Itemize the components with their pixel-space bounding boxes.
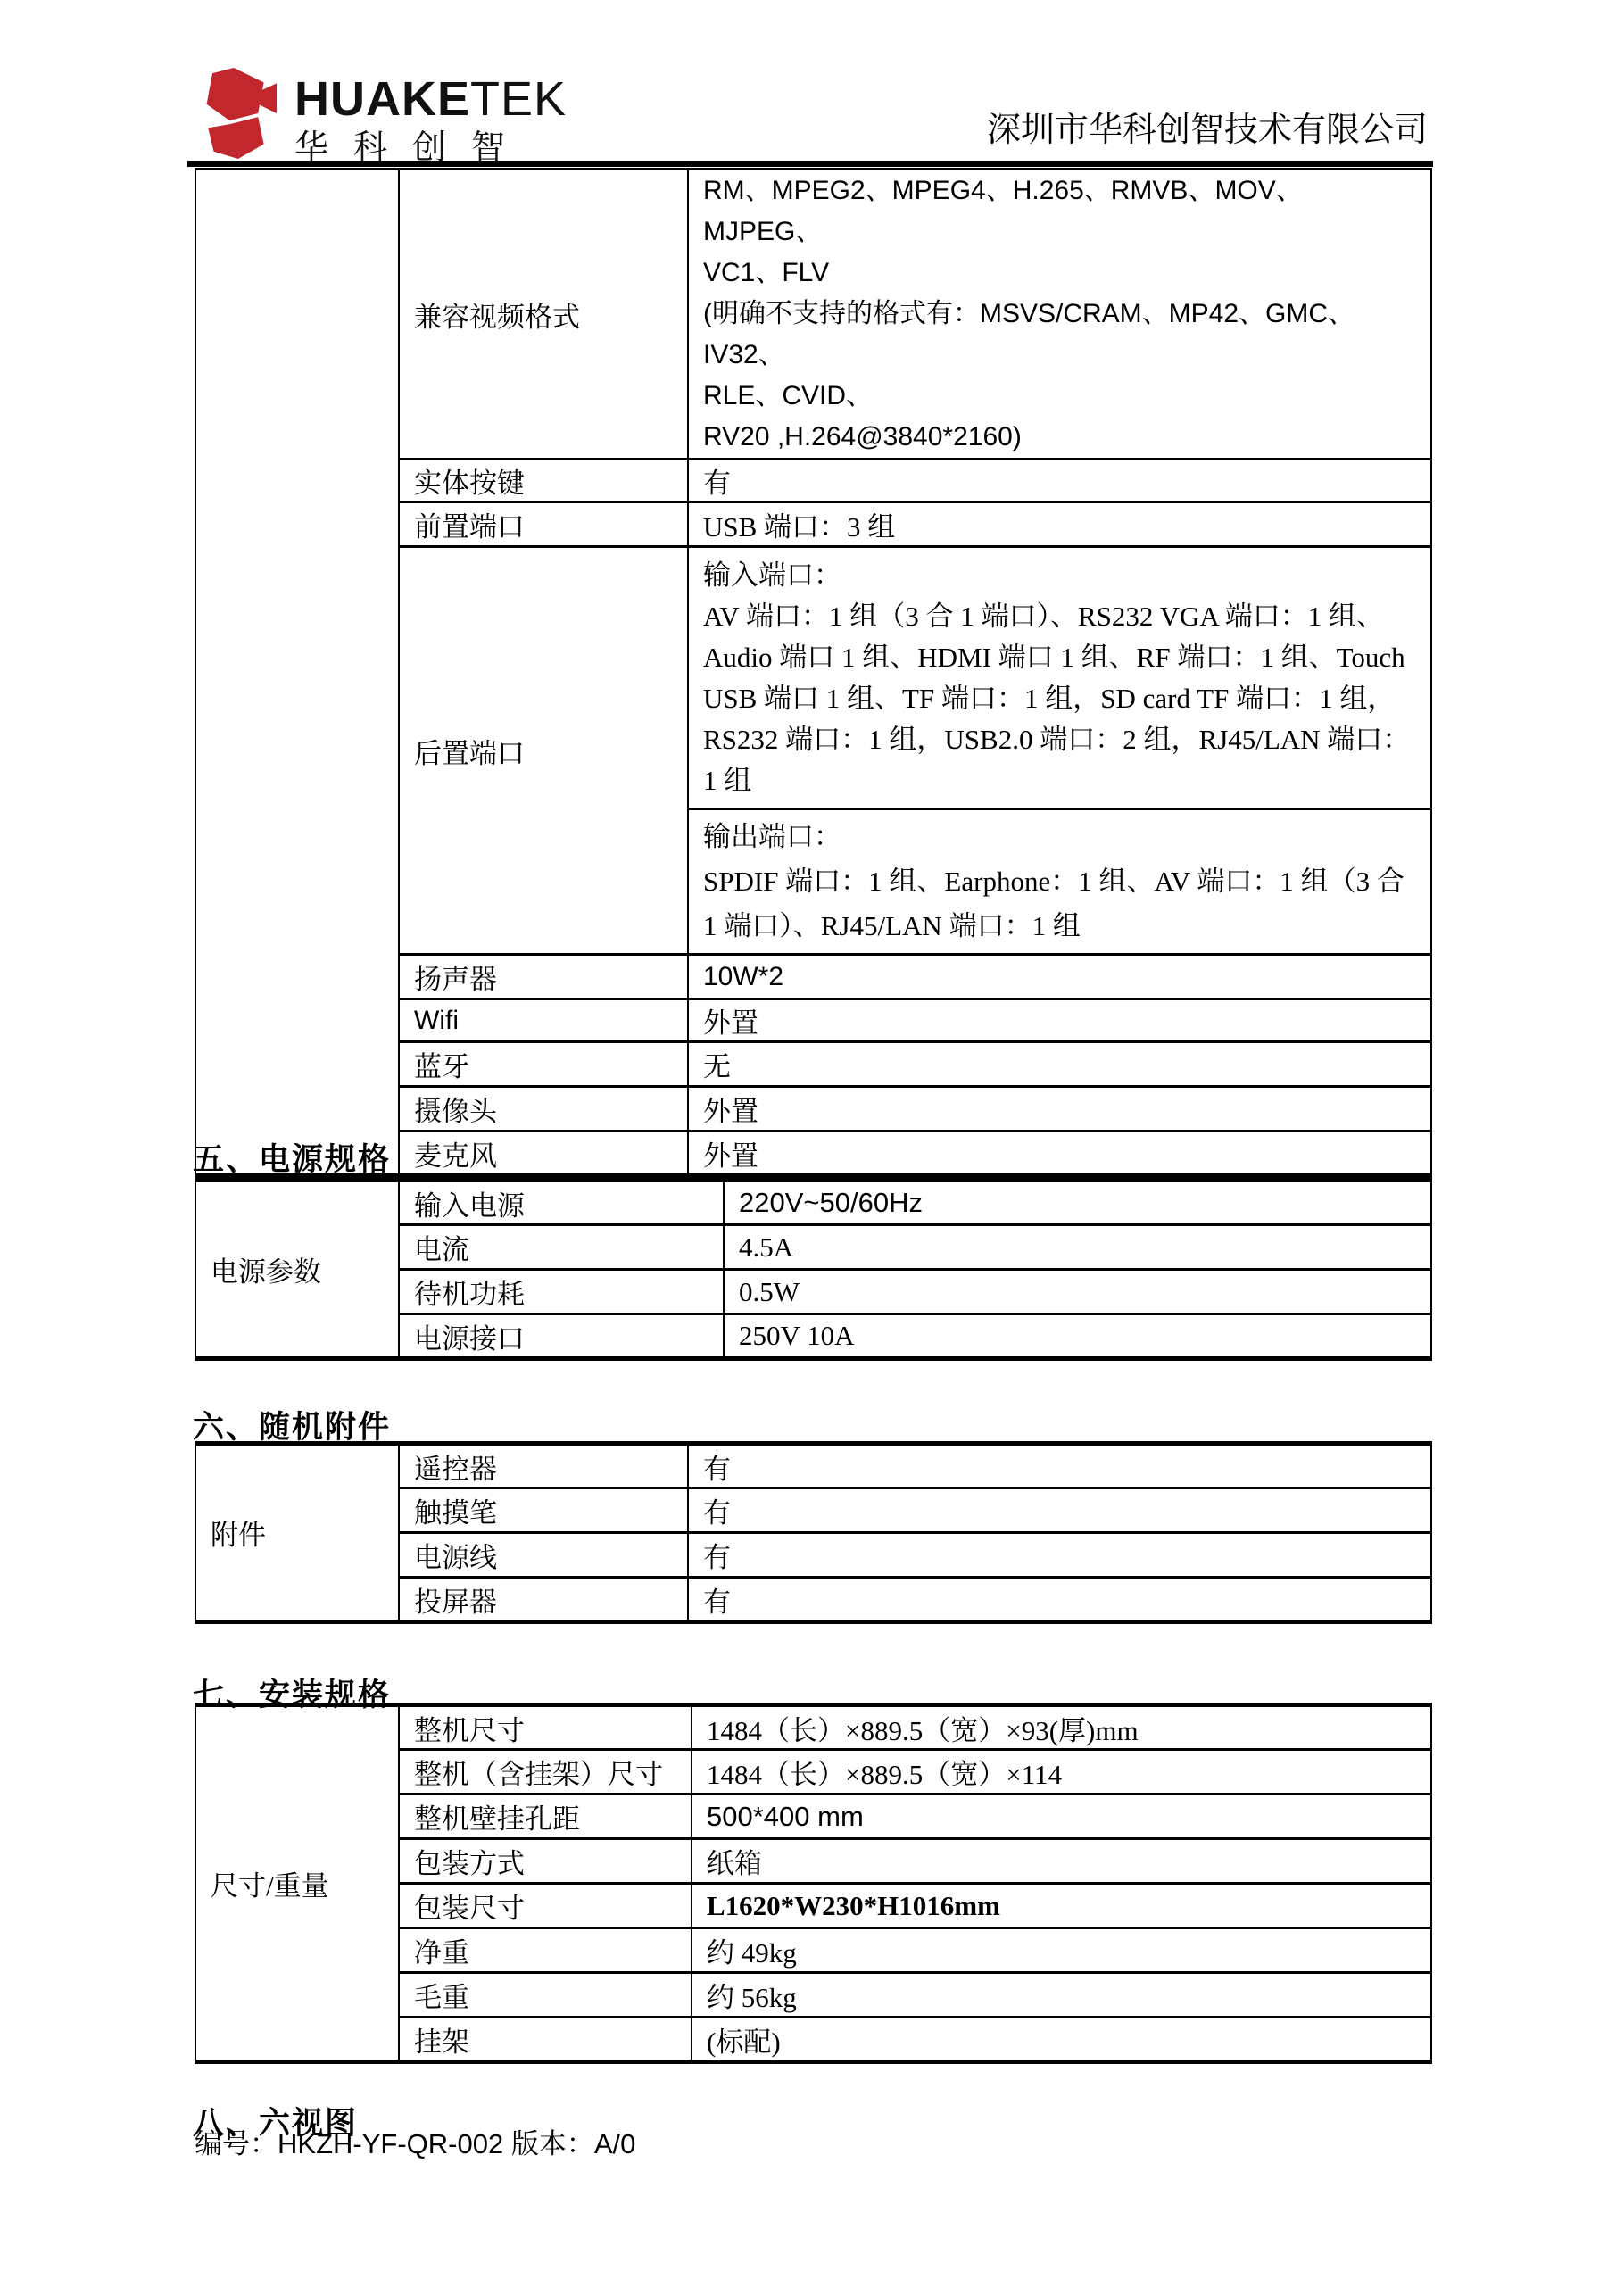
spec-label: 扬声器 [399,955,688,999]
installation-table: 尺寸/重量整机尺寸1484（长）×889.5（宽）×93(厚)mm整机（含挂架）… [195,1703,1432,2064]
document-number-line: 编号：HKZH-YF-QR-002 版本：A/0 [195,2127,635,2161]
spec-label: 电源接口 [399,1314,724,1359]
version-label: 版本： [511,2128,594,2159]
spec-value: 500*400 mm [692,1795,1431,1839]
spec-label: 遥控器 [399,1444,688,1488]
spec-value: 10W*2 [688,955,1431,999]
spec-label: 实体按键 [399,460,688,502]
spec-label: 电源线 [399,1533,688,1578]
spec-label: 触摸笔 [399,1488,688,1533]
spec-value: L1620*W230*H1016mm [692,1884,1431,1928]
spec-value: RM、MPEG2、MPEG4、H.265、RMVB、MOV、MJPEG、 VC1… [688,170,1431,460]
spec-value: 约 49kg [692,1928,1431,1973]
spec-value: 有 [688,1444,1431,1488]
spec-label: Wifi [399,999,688,1042]
spec-value: 0.5W [724,1270,1431,1314]
spec-label: 净重 [399,1928,692,1973]
spec-label: 前置端口 [399,502,688,547]
spec-table: 兼容视频格式 RM、MPEG2、MPEG4、H.265、RMVB、MOV、MJP… [195,168,1432,1178]
section-heading-power: 五、电源规格 [193,1142,391,1178]
spec-value: 纸箱 [692,1839,1431,1884]
spec-value: 外置 [688,1131,1431,1176]
group-label-cell: 电源参数 [195,1181,399,1359]
continuation-cell [195,170,399,1176]
spec-label: 包装尺寸 [399,1884,692,1928]
doc-number-label: 编号： [195,2128,278,2159]
spec-label: 电流 [399,1225,724,1270]
company-name: 深圳市华科创智技术有限公司 [535,111,1428,150]
spec-value-output-ports: 输出端口： SPDIF 端口：1 组、Earphone：1 组、AV 端口：1 … [688,809,1431,955]
spec-value: 4.5A [724,1225,1431,1270]
spec-label: 整机尺寸 [399,1705,692,1750]
spec-value: 约 56kg [692,1973,1431,2018]
table-row: 尺寸/重量整机尺寸1484（长）×889.5（宽）×93(厚)mm [195,1705,1431,1750]
spec-label: 挂架 [399,2018,692,2062]
table-row: 兼容视频格式 RM、MPEG2、MPEG4、H.265、RMVB、MOV、MJP… [195,170,1431,460]
spec-label: 后置端口 [399,547,688,955]
spec-value: USB 端口：3 组 [688,502,1431,547]
spec-label: 整机（含挂架）尺寸 [399,1750,692,1795]
logo-wordmark: HUAKETEK [294,75,567,123]
spec-value-input-ports: 输入端口： AV 端口：1 组（3 合 1 端口）、RS232 VGA 端口：1… [688,547,1431,809]
spec-value: 有 [688,1533,1431,1578]
spec-label: 整机壁挂孔距 [399,1795,692,1839]
huaketek-logo-icon [205,68,277,159]
spec-label: 蓝牙 [399,1042,688,1087]
spec-label: 输入电源 [399,1181,724,1225]
spec-value: 有 [688,1578,1431,1622]
power-table: 电源参数输入电源220V~50/60Hz电流4.5A待机功耗0.5W电源接口25… [195,1178,1432,1361]
spec-label: 摄像头 [399,1087,688,1131]
spec-label: 投屏器 [399,1578,688,1622]
spec-label: 麦克风 [399,1131,688,1176]
spec-value: 外置 [688,999,1431,1042]
accessory-table: 附件遥控器有触摸笔有电源线有投屏器有 [195,1441,1432,1624]
spec-label: 毛重 [399,1973,692,2018]
group-label-cell: 附件 [195,1444,399,1622]
group-label-cell: 尺寸/重量 [195,1705,399,2062]
document-page: HUAKETEK 华科创智 深圳市华科创智技术有限公司 兼容视频格式 RM、MP… [0,0,1624,2296]
spec-label: 待机功耗 [399,1270,724,1314]
logo-wordmark-bold: HUAKE [294,72,470,126]
spec-value: 有 [688,460,1431,502]
header-divider [187,161,1433,167]
spec-value: 250V 10A [724,1314,1431,1359]
table-row: 电源参数输入电源220V~50/60Hz [195,1181,1431,1225]
spec-label: 兼容视频格式 [399,170,688,460]
spec-value: 有 [688,1488,1431,1533]
version-value: A/0 [594,2128,636,2159]
table-row: 附件遥控器有 [195,1444,1431,1488]
spec-label: 包装方式 [399,1839,692,1884]
spec-value: 220V~50/60Hz [724,1181,1431,1225]
spec-value: 无 [688,1042,1431,1087]
spec-value: (标配) [692,2018,1431,2062]
spec-value: 1484（长）×889.5（宽）×114 [692,1750,1431,1795]
spec-value: 外置 [688,1087,1431,1131]
logo-text: HUAKETEK 华科创智 [294,75,567,166]
doc-number-value: HKZH-YF-QR-002 [278,2128,511,2159]
spec-value: 1484（长）×889.5（宽）×93(厚)mm [692,1705,1431,1750]
